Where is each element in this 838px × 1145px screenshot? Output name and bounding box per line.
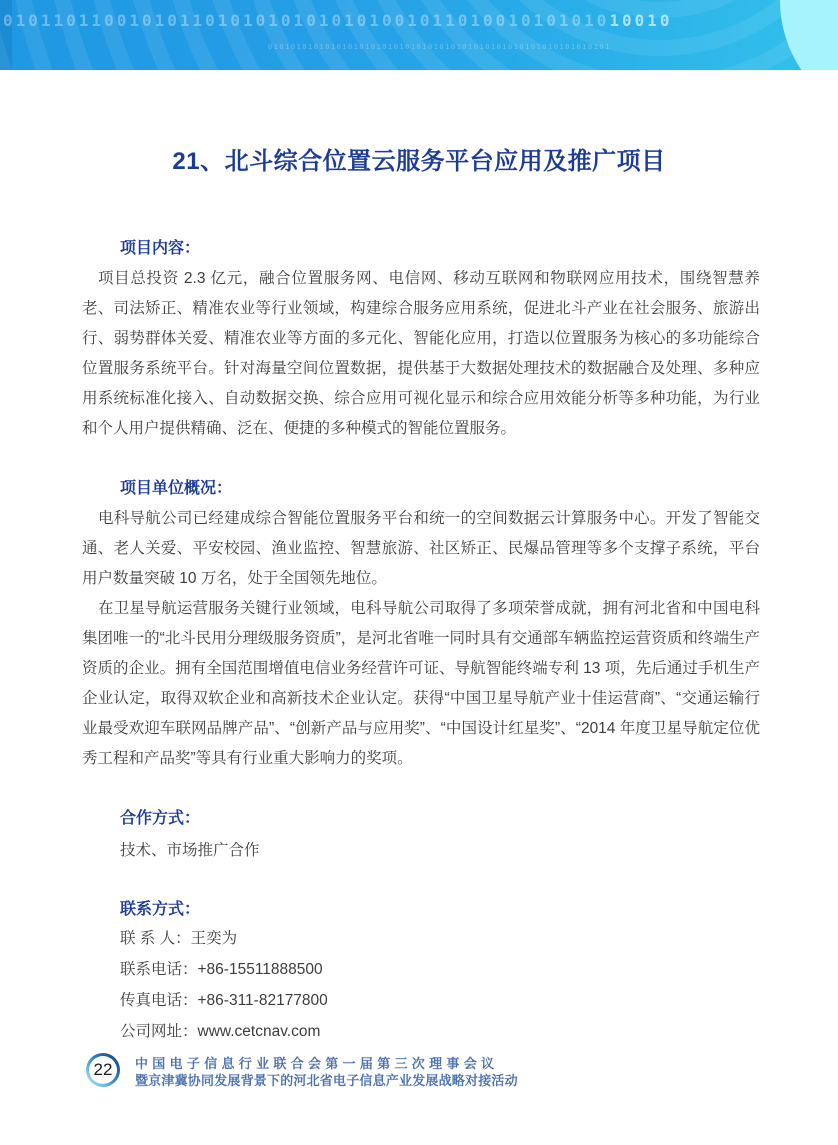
- contact-block: 联 系 人：王奕为 联系电话：+86-15511888500 传真电话：+86-…: [120, 923, 760, 1047]
- project-content-paragraph: 项目总投资 2.3 亿元，融合位置服务网、电信网、移动互联网和物联网应用技术，围…: [82, 264, 760, 444]
- footer-conference-line1: 中国电子信息行业联合会第一届第三次理事会议: [135, 1055, 518, 1072]
- page-footer: 22 中国电子信息行业联合会第一届第三次理事会议 暨京津冀协同发展背景下的河北省…: [86, 1053, 518, 1089]
- contact-phone: 联系电话：+86-15511888500: [120, 954, 760, 985]
- footer-conference-line2: 暨京津冀协同发展背景下的河北省电子信息产业发展战略对接活动: [135, 1072, 518, 1089]
- page-number-badge: 22: [86, 1053, 120, 1087]
- section-label-unit-overview: 项目单位概况：: [120, 481, 760, 497]
- footer-conference-text: 中国电子信息行业联合会第一届第三次理事会议 暨京津冀协同发展背景下的河北省电子信…: [135, 1053, 518, 1089]
- section-label-cooperation: 合作方式：: [120, 811, 760, 827]
- header-banner: 0101101100101011010101010101010010110100…: [0, 0, 838, 70]
- section-label-contact: 联系方式：: [120, 902, 760, 918]
- page-title: 21、北斗综合位置云服务平台应用及推广项目: [0, 141, 838, 176]
- page-number: 22: [89, 1056, 117, 1084]
- unit-overview-paragraph-1: 电科导航公司已经建成综合智能位置服务平台和统一的空间数据云计算服务中心。开发了智…: [82, 504, 760, 594]
- document-page: 0101101100101011010101010101010010110100…: [0, 0, 838, 1145]
- document-body: 项目内容： 项目总投资 2.3 亿元，融合位置服务网、电信网、移动互联网和物联网…: [82, 241, 760, 1047]
- unit-overview-paragraph-2: 在卫星导航运营服务关键行业领域，电科导航公司取得了多项荣誉成就，拥有河北省和中国…: [82, 594, 760, 774]
- binary-pattern-small: 0101010101010101010101010101010101010101…: [268, 43, 611, 51]
- binary-text: 0101101100101011010101010101010010110100…: [3, 11, 609, 30]
- binary-text-bold: 10010: [609, 11, 672, 30]
- contact-fax: 传真电话：+86-311-82177800: [120, 985, 760, 1016]
- contact-person: 联 系 人：王奕为: [120, 923, 760, 954]
- contact-website: 公司网址：www.cetcnav.com: [120, 1016, 760, 1047]
- binary-pattern-large: 0101101100101011010101010101010010110100…: [3, 11, 673, 30]
- cooperation-body: 技术、市场推广合作: [120, 836, 760, 865]
- section-label-project-content: 项目内容：: [120, 241, 760, 257]
